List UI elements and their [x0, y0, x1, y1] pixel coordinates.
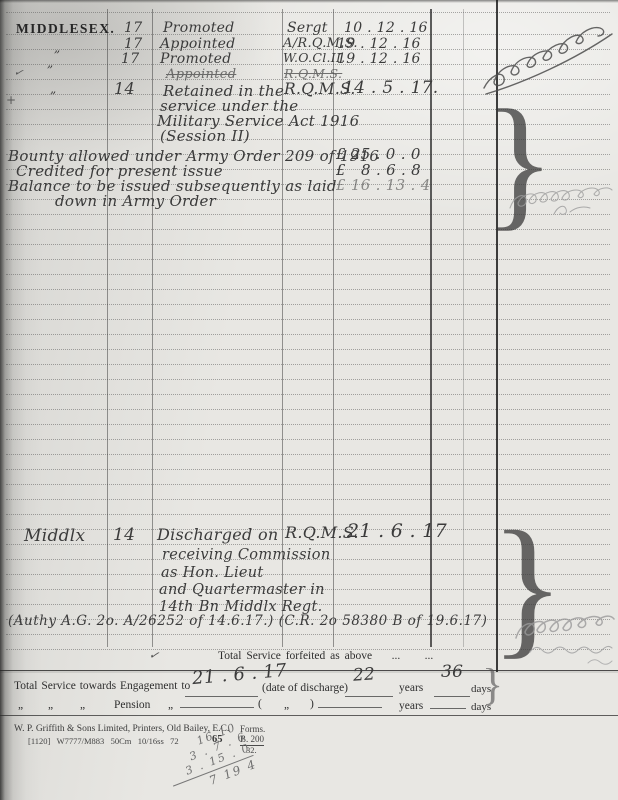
signature-bottom-right-pencil: [512, 612, 618, 646]
fill-underline: [345, 696, 393, 697]
signature-bottom-rank-line: [528, 642, 614, 656]
engagement-label: Total Service towards Engagement to: [14, 681, 190, 693]
promotion-entry-struck: Appointed: [166, 68, 236, 81]
ditto-mark: „: [47, 57, 54, 69]
date-entry: 10 . 12 . 16: [344, 21, 428, 35]
ditto-printed: „: [18, 700, 23, 712]
margin-tick: ✓: [13, 66, 25, 79]
army-service-record-page: MIDDLESEX. „ „ ✓ „ + 17 17 17 14 Promote…: [0, 0, 618, 800]
retained-entry-line: (Session II): [160, 129, 250, 144]
bounty-amount: £ 25 . 0 . 0: [336, 147, 421, 162]
checkmark: ✓: [148, 648, 161, 662]
ditto-printed: „: [284, 700, 289, 712]
ditto-mark: „: [54, 42, 61, 54]
fill-underline: [180, 707, 254, 708]
date-entry: 14 . 5 . 17.: [343, 80, 439, 97]
horizontal-rule: [0, 715, 618, 716]
fill-underline: [185, 696, 258, 697]
promotion-entry: Appointed: [160, 37, 236, 51]
column-rule: [333, 9, 334, 647]
column-rule: [107, 9, 108, 647]
printer-imprint-line2: [1120] W7777/M883 50Cm 10/16ss 72: [28, 737, 179, 746]
bounty-amount: £ 16 . 13 . 4: [336, 178, 431, 193]
printer-imprint-line1: W. P. Griffith & Sons Limited, Printers,…: [14, 725, 229, 735]
column-rule: [152, 9, 153, 647]
paren-open: (: [258, 699, 262, 711]
ditto-mark: „: [50, 83, 57, 95]
fill-underline: [430, 708, 466, 709]
battalion-number: 17: [124, 37, 142, 51]
discharge-entry-line: Discharged on: [157, 527, 279, 543]
ditto-printed: „: [168, 700, 173, 712]
column-rule: [463, 9, 464, 647]
signature-bottom-note-mark: [586, 656, 614, 666]
column-rule: [430, 9, 432, 647]
days-value: 36: [441, 664, 463, 681]
discharge-entry-line: and Quartermaster in: [159, 583, 325, 598]
margin-cross: +: [6, 94, 16, 106]
signature-mid-right-rank-mark: [552, 204, 592, 218]
regiment-stamp: MIDDLESEX.: [16, 22, 115, 36]
bounty-line: down in Army Order: [55, 194, 216, 209]
scan-edge-top: [0, 0, 618, 3]
ditto-printed: „: [48, 700, 53, 712]
discharge-regiment: Middlx: [24, 528, 85, 545]
discharge-entry-line: as Hon. Lieut: [161, 566, 264, 581]
rank-entry-struck: R.Q.M.S.: [284, 68, 342, 81]
promotion-entry: Promoted: [160, 52, 232, 66]
years-value: 22: [352, 666, 375, 685]
discharge-date: 21 . 6 . 17: [347, 522, 447, 541]
authority-note: (Authy A.G. 2o. A/26252 of 14.6.17.) (C.…: [8, 615, 487, 629]
signature-top-right-ink: [478, 20, 618, 100]
years-label: years: [399, 683, 423, 695]
battalion-number: 17: [121, 52, 139, 66]
discharge-battalion: 14: [113, 527, 135, 544]
fill-underline: [434, 696, 470, 697]
discharge-entry-line: receiving Commission: [162, 548, 330, 563]
battalion-number: 17: [124, 21, 142, 35]
fill-underline: [318, 707, 382, 708]
pension-years-label: years: [399, 701, 423, 713]
date-entry: 19 . 12 . 16: [337, 52, 421, 66]
brace-engagement: }: [482, 661, 503, 708]
date-entry: 19 . 12 . 16: [337, 37, 421, 51]
forfeited-line: Total Service forfeited as above ... ...: [218, 651, 433, 663]
paren-close: ): [310, 699, 314, 711]
brace-top: }: [484, 84, 555, 240]
battalion-number: 14: [114, 81, 135, 97]
rank-entry: Sergt: [287, 21, 328, 35]
pension-label: Pension: [114, 700, 150, 712]
date-of-discharge-label: (date of discharge): [262, 683, 348, 695]
promotion-entry: Promoted: [163, 21, 235, 35]
ditto-printed: „: [80, 700, 85, 712]
